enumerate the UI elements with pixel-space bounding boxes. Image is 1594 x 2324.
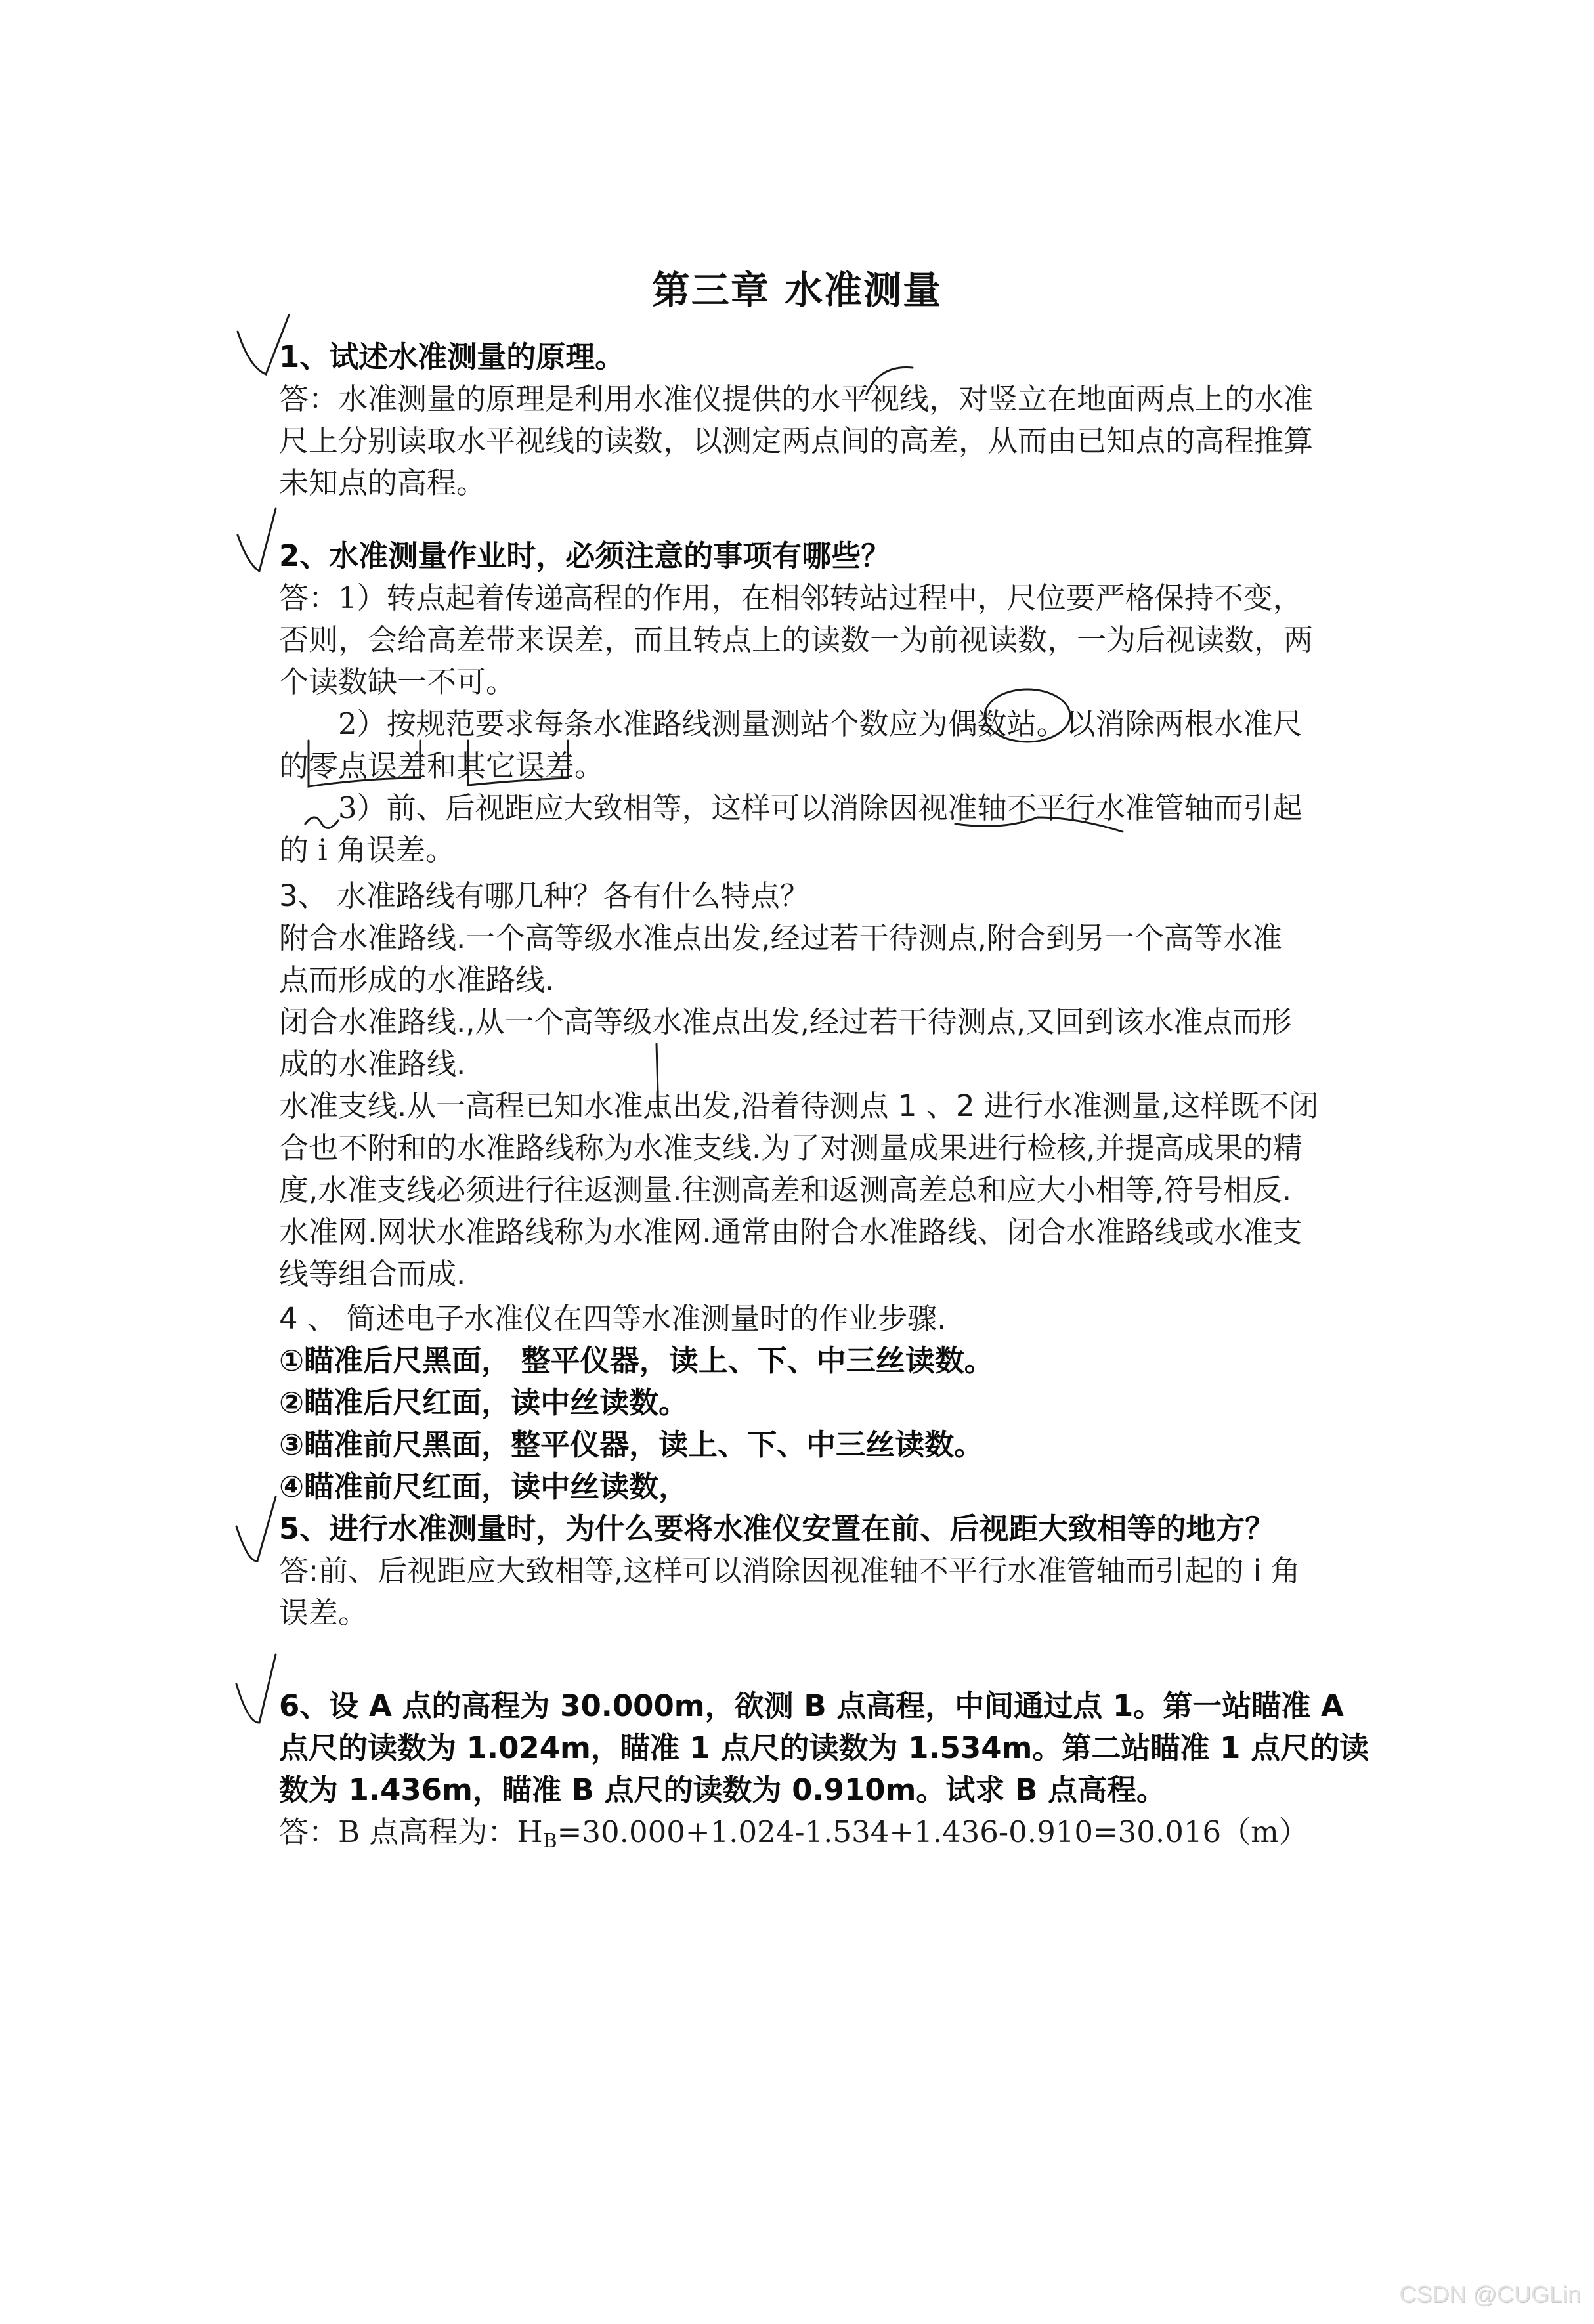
answer-3-line: 线等组合而成. bbox=[279, 1253, 1356, 1295]
answer-3-line: 附合水准路线.一个高等级水准点出发,经过若干待测点,附合到另一个高等水准 bbox=[279, 917, 1356, 959]
question-5-block: 5、进行水准测量时，为什么要将水准仪安置在前、后视距大致相等的地方？ 答:前、后… bbox=[279, 1508, 1356, 1634]
question-3: 3、 水准路线有哪几种？各有什么特点？ bbox=[279, 875, 1356, 917]
answer-3-line: 水准支线.从一高程已知水准点出发,沿着待测点 1 、2 进行水准测量,这样既不闭 bbox=[279, 1085, 1356, 1127]
answer-2-line: 的零点误差和其它误差。 bbox=[279, 745, 1356, 787]
question-2-block: 2、水准测量作业时，必须注意的事项有哪些？ 答：1）转点起着传递高程的作用，在相… bbox=[279, 535, 1356, 871]
answer-2-line: 个读数缺一不可。 bbox=[279, 661, 1356, 703]
answer-3-line: 度,水准支线必须进行往返测量.往测高差和返测高差总和应大小相等,符号相反. bbox=[279, 1169, 1356, 1211]
question-6-line: 6、设 A 点的高程为 30.000m，欲测 B 点高程，中间通过点 1。第一站… bbox=[279, 1685, 1356, 1727]
chapter-title: 第三章 水准测量 bbox=[0, 259, 1594, 314]
check-mark-icon bbox=[236, 1497, 276, 1561]
answer-2-line: 否则，会给高差带来误差，而且转点上的读数一为前视读数，一为后视读数，两 bbox=[279, 619, 1356, 661]
answer-1-line: 尺上分别读取水平视线的读数，以测定两点间的高差，从而由已知点的高程推算 bbox=[279, 420, 1356, 462]
question-4-block: 4 、 简述电子水准仪在四等水准测量时的作业步骤. ①瞄准后尺黑面， 整平仪器，… bbox=[279, 1298, 1356, 1508]
question-2: 2、水准测量作业时，必须注意的事项有哪些？ bbox=[279, 535, 1356, 577]
answer-3-line: 水准网.网状水准路线称为水准网.通常由附合水准路线、闭合水准路线或水准支 bbox=[279, 1211, 1356, 1253]
step-item: ③瞄准前尺黑面，整平仪器，读上、下、中三丝读数。 bbox=[279, 1424, 1356, 1466]
question-6-line: 数为 1.436m，瞄准 B 点尺的读数为 0.910m。试求 B 点高程。 bbox=[279, 1769, 1356, 1811]
step-item: ①瞄准后尺黑面， 整平仪器，读上、下、中三丝读数。 bbox=[279, 1340, 1356, 1382]
document-page: 第三章 水准测量 1、试述水准测量的原理。 答：水准测量的原理是利用水准仪提供的… bbox=[0, 0, 1594, 2324]
answer-1-line: 未知点的高程。 bbox=[279, 462, 1356, 504]
answer-5-line: 误差。 bbox=[279, 1592, 1356, 1634]
answer-6-subscript: B bbox=[543, 1830, 557, 1853]
question-6-line: 点尺的读数为 1.024m，瞄准 1 点尺的读数为 1.534m。第二站瞄准 1… bbox=[279, 1727, 1356, 1769]
answer-3-line: 合也不附和的水准路线称为水准支线.为了对测量成果进行检核,并提高成果的精 bbox=[279, 1127, 1356, 1169]
watermark: CSDN @CUGLin bbox=[1399, 2281, 1581, 2308]
question-1: 1、试述水准测量的原理。 bbox=[279, 336, 1356, 378]
answer-2-line: 3）前、后视距应大致相等，这样可以消除因视准轴不平行水准管轴而引起 bbox=[279, 787, 1356, 829]
answer-5-line: 答:前、后视距应大致相等,这样可以消除因视准轴不平行水准管轴而引起的 i 角 bbox=[279, 1550, 1356, 1592]
answer-3-line: 点而形成的水准路线. bbox=[279, 959, 1356, 1001]
check-mark-icon bbox=[238, 509, 276, 571]
question-4: 4 、 简述电子水准仪在四等水准测量时的作业步骤. bbox=[279, 1298, 1356, 1340]
answer-2-line: 2）按规范要求每条水准路线测量测站个数应为偶数站。以消除两根水准尺 bbox=[279, 703, 1356, 745]
answer-2-line: 答：1）转点起着传递高程的作用，在相邻转站过程中，尺位要严格保持不变， bbox=[279, 577, 1356, 619]
answer-6-prefix: 答：B 点高程为：H bbox=[279, 1815, 543, 1849]
answer-6-formula: =30.000+1.024-1.534+1.436-0.910=30.016（m… bbox=[557, 1815, 1308, 1849]
answer-6: 答：B 点高程为：HB=30.000+1.024-1.534+1.436-0.9… bbox=[279, 1811, 1356, 1862]
question-6-block: 6、设 A 点的高程为 30.000m，欲测 B 点高程，中间通过点 1。第一站… bbox=[279, 1685, 1356, 1862]
question-5: 5、进行水准测量时，为什么要将水准仪安置在前、后视距大致相等的地方？ bbox=[279, 1508, 1356, 1550]
question-3-block: 3、 水准路线有哪几种？各有什么特点？ 附合水准路线.一个高等级水准点出发,经过… bbox=[279, 875, 1356, 1295]
step-item: ②瞄准后尺红面，读中丝读数。 bbox=[279, 1382, 1356, 1424]
answer-1-line: 答：水准测量的原理是利用水准仪提供的水平视线，对竖立在地面两点上的水准 bbox=[279, 378, 1356, 420]
answer-3-line: 成的水准路线. bbox=[279, 1043, 1356, 1085]
check-mark-icon bbox=[236, 1654, 276, 1723]
answer-3-line: 闭合水准路线.,从一个高等级水准点出发,经过若干待测点,又回到该水准点而形 bbox=[279, 1001, 1356, 1043]
answer-2-line: 的 i 角误差。 bbox=[279, 829, 1356, 871]
question-1-block: 1、试述水准测量的原理。 答：水准测量的原理是利用水准仪提供的水平视线，对竖立在… bbox=[279, 336, 1356, 504]
step-item: ④瞄准前尺红面，读中丝读数， bbox=[279, 1466, 1356, 1508]
